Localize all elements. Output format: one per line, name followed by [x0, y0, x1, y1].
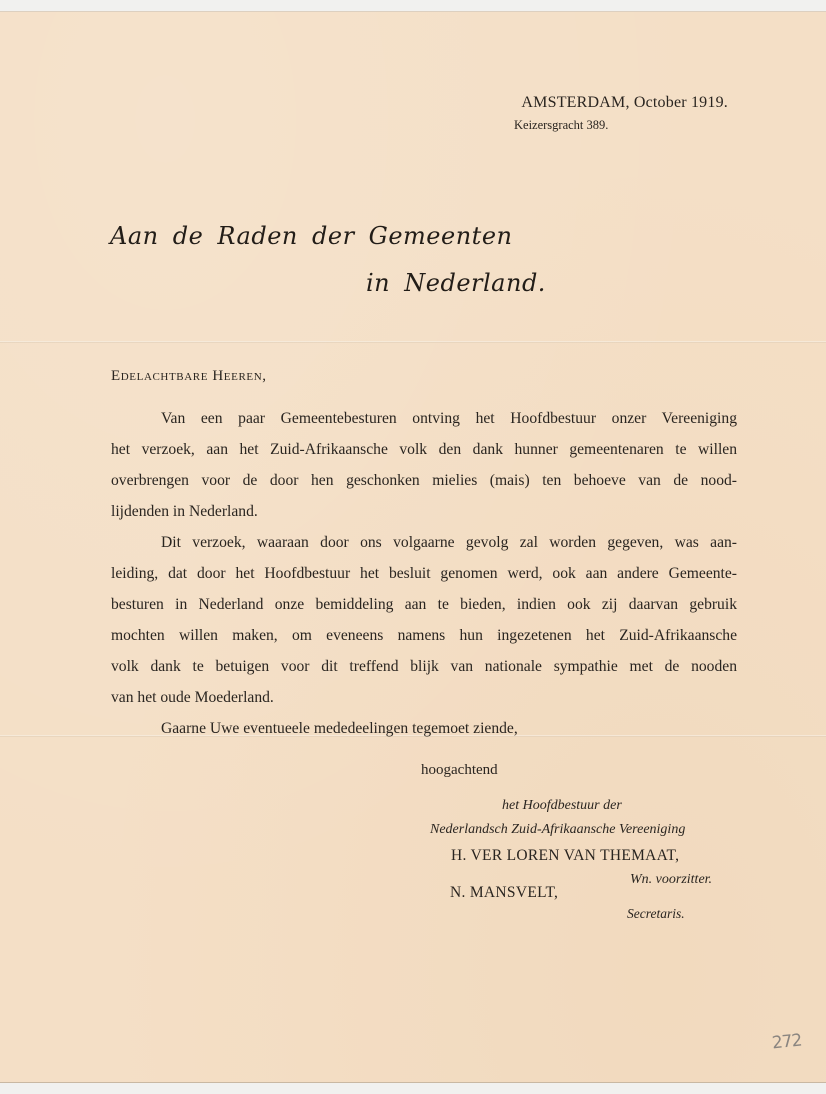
- organization-line-1: het Hoofdbestuur der: [502, 798, 622, 814]
- place-and-date: AMSTERDAM, October 1919.: [521, 94, 728, 112]
- greeting: Edelachtbare Heeren,: [111, 368, 267, 385]
- signatory-1-name: H. VER LOREN VAN THEMAAT,: [451, 847, 679, 865]
- body-line: Gaarne Uwe eventueele mededeelingen tege…: [111, 713, 737, 744]
- addressee-line-1: Aan de Raden der Gemeenten: [110, 222, 512, 250]
- body-line: besturen in Nederland onze bemiddeling a…: [111, 589, 737, 620]
- pencil-page-number: 272: [771, 1031, 802, 1054]
- body-line: Van een paar Gemeentebesturen ontving he…: [111, 403, 737, 434]
- signatory-2-role: Secretaris.: [627, 906, 685, 922]
- body-line: Dit verzoek, waaraan door ons volgaarne …: [111, 527, 737, 558]
- letter-body: Van een paar Gemeentebesturen ontving he…: [111, 403, 737, 744]
- body-line: leiding, dat door het Hoofdbestuur het b…: [111, 558, 737, 589]
- signatory-1-role: Wn. voorzitter.: [630, 872, 712, 888]
- letter-page: AMSTERDAM, October 1919. Keizersgracht 3…: [0, 12, 826, 1082]
- body-line: overbrengen voor de door hen geschonken …: [111, 465, 737, 496]
- fold-line-upper: [0, 341, 826, 343]
- body-line: mochten willen maken, om eveneens namens…: [111, 620, 737, 651]
- signatory-2-name: N. MANSVELT,: [450, 884, 558, 902]
- body-line: lijdenden in Nederland.: [111, 496, 737, 527]
- organization-line-2: Nederlandsch Zuid-Afrikaansche Vereenigi…: [430, 822, 685, 838]
- sender-address: Keizersgracht 389.: [514, 118, 608, 133]
- addressee-line-2: in Nederland.: [366, 269, 546, 297]
- body-line: het verzoek, aan het Zuid-Afrikaansche v…: [111, 434, 737, 465]
- closing-salutation: hoogachtend: [421, 762, 498, 779]
- body-line: volk dank te betuigen voor dit treffend …: [111, 651, 737, 682]
- body-line: van het oude Moederland.: [111, 682, 737, 713]
